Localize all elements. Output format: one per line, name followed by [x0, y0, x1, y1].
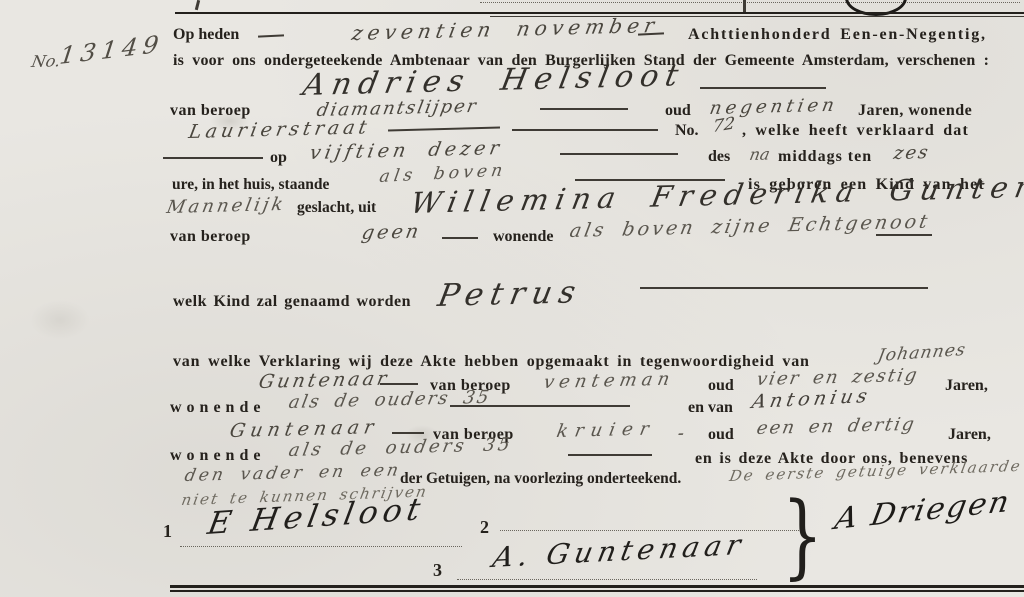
- signature-brace: }: [782, 482, 823, 589]
- label-oud-w2: oud: [708, 426, 734, 444]
- fill-line: [512, 129, 658, 131]
- fill-line: [700, 87, 826, 89]
- label-getuigen-onderteekend: der Getuigen, na voorlezing onderteekend…: [400, 470, 681, 488]
- fill-line: [540, 108, 628, 110]
- label-jaren-wonende: Jaren, wonende: [858, 102, 972, 120]
- hw-huisnr: 72: [712, 114, 736, 137]
- hw-dash: [876, 234, 932, 236]
- fill-line: [388, 127, 500, 131]
- bottom-rule-thin: [170, 590, 1024, 592]
- hw-day: vijftien dezer: [308, 137, 505, 164]
- hw-witness1-first: Johannes: [876, 340, 968, 366]
- top-flourish-stroke: [195, 0, 200, 10]
- label-en-van: en van: [688, 399, 733, 417]
- birth-certificate-scan: No. 13149 Op heden zeventien november Ac…: [0, 0, 1024, 597]
- hw-gender: Mannelijk: [165, 194, 288, 218]
- signature-line-1: [180, 546, 462, 547]
- signature-line-2: [500, 530, 805, 531]
- hw-dash-small: -: [676, 423, 686, 444]
- hw-witness2-age: een en dertig: [755, 414, 918, 439]
- hw-dash: [442, 237, 478, 239]
- fill-line: [568, 454, 652, 456]
- label-wonende-w1: wonende: [170, 399, 265, 417]
- signature-number-2: 2: [480, 517, 489, 538]
- hw-street: Laurierstraat: [187, 116, 372, 143]
- hw-witness1-beroep: venteman: [542, 369, 676, 393]
- fill-line: [450, 405, 630, 407]
- fill-line: [560, 153, 678, 155]
- label-huisnr: No.: [675, 122, 699, 140]
- act-number: 13149: [58, 30, 165, 70]
- label-jaren-w2: Jaren,: [948, 426, 991, 444]
- fill-line: [163, 157, 263, 159]
- label-wonende-w2: wonende: [170, 447, 265, 465]
- label-witness-intro: van welke Verklaring wij deze Akte hebbe…: [173, 353, 810, 371]
- label-op: op: [270, 149, 287, 167]
- signature-official: A Driegen: [832, 484, 1014, 537]
- hw-hour: zes: [892, 142, 931, 164]
- signature-witness2: A. Guntenaar: [490, 528, 748, 574]
- hw-witness1-address: als de ouders 35: [287, 387, 492, 413]
- hw-witness2-address: als de ouders 35: [287, 434, 514, 461]
- hw-mother-beroep: geen: [360, 220, 423, 244]
- scan-artifact: [30, 300, 90, 340]
- hw-dash: [258, 34, 284, 37]
- top-dotted-rule: [480, 2, 1020, 3]
- signature-number-1: 1: [163, 521, 172, 542]
- label-oud-w1: oud: [708, 377, 734, 395]
- label-des: des: [708, 148, 730, 166]
- hw-daypart: na: [748, 144, 771, 164]
- label-op-heden: Op heden: [173, 26, 239, 44]
- label-oud: oud: [665, 102, 691, 120]
- bottom-rule: [170, 585, 1024, 588]
- label-middags-ten: middags ten: [778, 148, 872, 166]
- label-van-beroep-moeder: van beroep: [170, 228, 251, 246]
- label-geslacht-uit: geslacht, uit: [297, 199, 376, 217]
- signature-line-3: [457, 579, 757, 580]
- hw-dash: [380, 383, 418, 385]
- label-kind-genaamd: welk Kind zal genaamd worden: [173, 293, 411, 311]
- hw-place: als boven: [378, 160, 508, 187]
- label-ure-huis: ure, in het huis, staande: [172, 176, 329, 194]
- top-flourish-stroke: [743, 0, 746, 12]
- hw-date: zeventien november: [350, 13, 661, 45]
- hw-child-name: Petrus: [435, 274, 585, 314]
- label-van-beroep: van beroep: [170, 102, 251, 120]
- label-year: Achttienhonderd Een-en-Negentig,: [688, 26, 987, 44]
- label-wonende-moeder: wonende: [493, 228, 553, 246]
- hw-dash: [392, 432, 424, 434]
- label-jaren-w1: Jaren,: [945, 377, 988, 395]
- hw-witness2-beroep: kruier: [555, 418, 658, 442]
- label-verklaard: , welke heeft verklaard dat: [742, 122, 969, 140]
- hw-mother-residence: als boven zijne Echtgenoot: [568, 211, 932, 242]
- signature-number-3: 3: [433, 560, 442, 581]
- fill-line: [640, 287, 928, 289]
